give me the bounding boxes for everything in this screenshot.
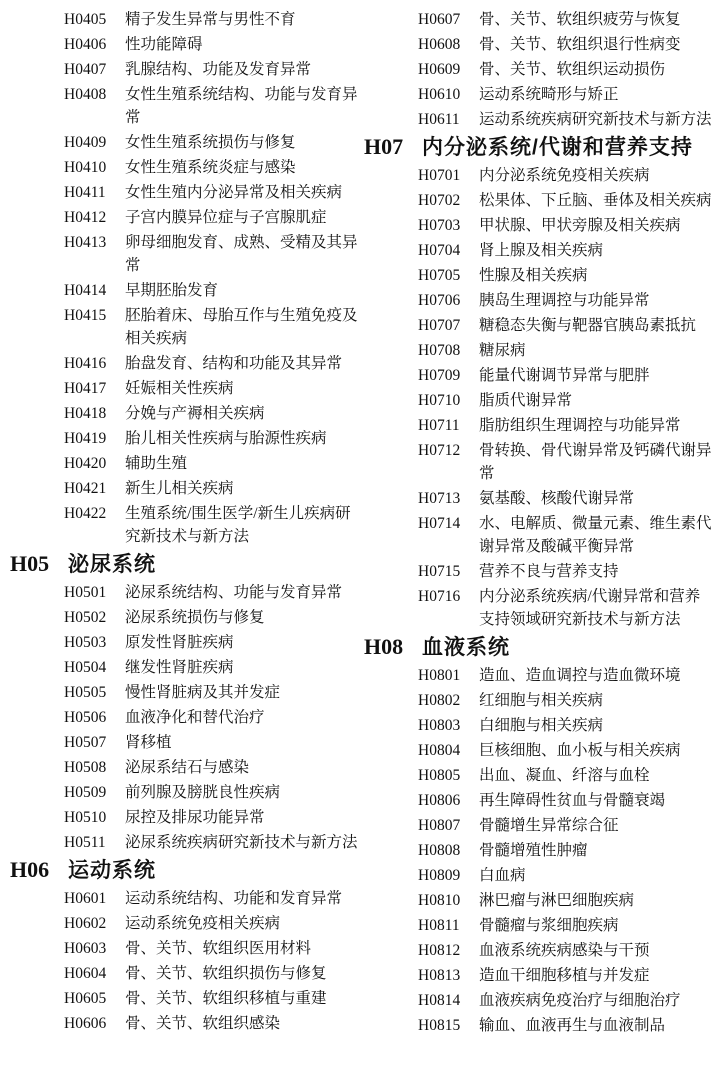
code-entry: H0803白细胞与相关疾病	[418, 714, 716, 737]
code-entry: H0412子宫内膜异位症与子宫腺肌症	[64, 206, 360, 229]
entry-code: H0606	[64, 1012, 125, 1035]
entry-text: 女性生殖系统结构、功能与发育异常	[125, 83, 359, 129]
entry-code: H0805	[418, 764, 479, 787]
entry-text: 肾移植	[125, 731, 359, 754]
entry-code: H0414	[64, 279, 125, 302]
code-entry: H0508泌尿系结石与感染	[64, 756, 360, 779]
entry-code: H0409	[64, 131, 125, 154]
entry-text: 血液净化和替代治疗	[125, 706, 359, 729]
entry-code: H0701	[418, 164, 479, 187]
code-entry: H0405精子发生异常与男性不育	[64, 8, 360, 31]
entry-code: H0704	[418, 239, 479, 262]
entry-text: 血液系统疾病感染与干预	[479, 939, 713, 962]
entry-text: 再生障碍性贫血与骨髓衰竭	[479, 789, 713, 812]
code-entry: H0809白血病	[418, 864, 716, 887]
entry-code: H0503	[64, 631, 125, 654]
section-header: H06运动系统	[10, 856, 360, 885]
entry-text: 能量代谢调节异常与肥胖	[479, 364, 713, 387]
entry-text: 血液疾病免疫治疗与细胞治疗	[479, 989, 713, 1012]
code-entry: H0714水、电解质、微量元素、维生素代谢异常及酸碱平衡异常	[418, 512, 716, 558]
entry-code: H0415	[64, 304, 125, 350]
entry-code: H0413	[64, 231, 125, 277]
code-entry: H0603骨、关节、软组织医用材料	[64, 937, 360, 960]
entry-text: 骨、关节、软组织运动损伤	[479, 58, 713, 81]
entry-code: H0814	[418, 989, 479, 1012]
code-entry: H0704肾上腺及相关疾病	[418, 239, 716, 262]
entry-text: 骨髓增殖性肿瘤	[479, 839, 713, 862]
entry-text: 造血干细胞移植与并发症	[479, 964, 713, 987]
entry-code: H0602	[64, 912, 125, 935]
entry-code: H0804	[418, 739, 479, 762]
code-entry: H0606骨、关节、软组织感染	[64, 1012, 360, 1035]
section-title: 泌尿系统	[68, 551, 156, 579]
entry-text: 脂质代谢异常	[479, 389, 713, 412]
left-column: H0405精子发生异常与男性不育H0406性功能障碍H0407乳腺结构、功能及发…	[10, 8, 360, 1037]
code-entry: H0815输血、血液再生与血液制品	[418, 1014, 716, 1037]
entry-text: 输血、血液再生与血液制品	[479, 1014, 713, 1037]
right-column: H0607骨、关节、软组织疲劳与恢复H0608骨、关节、软组织退行性病变H060…	[364, 8, 716, 1039]
entry-text: 继发性肾脏疾病	[125, 656, 359, 679]
entry-code: H0507	[64, 731, 125, 754]
entry-code: H0712	[418, 439, 479, 485]
entry-code: H0609	[418, 58, 479, 81]
code-entry: H0421新生儿相关疾病	[64, 477, 360, 500]
entry-text: 慢性肾脏病及其并发症	[125, 681, 359, 704]
code-entry: H0715营养不良与营养支持	[418, 560, 716, 583]
code-entry: H0511泌尿系统疾病研究新技术与新方法	[64, 831, 360, 854]
code-entry: H0808骨髓增殖性肿瘤	[418, 839, 716, 862]
section-code: H05	[10, 550, 68, 578]
code-entry: H0602运动系统免疫相关疾病	[64, 912, 360, 935]
entry-code: H0713	[418, 487, 479, 510]
code-entry: H0422生殖系统/围生医学/新生儿疾病研究新技术与新方法	[64, 502, 360, 548]
entry-code: H0504	[64, 656, 125, 679]
entry-text: 泌尿系统疾病研究新技术与新方法	[125, 831, 359, 854]
code-entry: H0806再生障碍性贫血与骨髓衰竭	[418, 789, 716, 812]
entry-text: 内分泌系统免疫相关疾病	[479, 164, 713, 187]
entry-text: 运动系统畸形与矫正	[479, 83, 713, 106]
entry-code: H0420	[64, 452, 125, 475]
entry-code: H0405	[64, 8, 125, 31]
entry-code: H0813	[418, 964, 479, 987]
code-entry: H0414早期胚胎发育	[64, 279, 360, 302]
entry-text: 糖尿病	[479, 339, 713, 362]
entry-text: 精子发生异常与男性不育	[125, 8, 359, 31]
entry-text: 子宫内膜异位症与子宫腺肌症	[125, 206, 359, 229]
code-entry: H0605骨、关节、软组织移植与重建	[64, 987, 360, 1010]
entry-text: 糖稳态失衡与靶器官胰岛素抵抗	[479, 314, 713, 337]
entry-text: 泌尿系结石与感染	[125, 756, 359, 779]
entry-code: H0815	[418, 1014, 479, 1037]
entry-text: 骨、关节、软组织医用材料	[125, 937, 359, 960]
entry-code: H0416	[64, 352, 125, 375]
code-entry: H0406性功能障碍	[64, 33, 360, 56]
entry-text: 骨转换、骨代谢异常及钙磷代谢异常	[479, 439, 713, 485]
entry-text: 妊娠相关性疾病	[125, 377, 359, 400]
entry-code: H0417	[64, 377, 125, 400]
code-entry: H0502泌尿系统损伤与修复	[64, 606, 360, 629]
entry-text: 骨、关节、软组织退行性病变	[479, 33, 713, 56]
code-entry: H0608骨、关节、软组织退行性病变	[418, 33, 716, 56]
entry-code: H0710	[418, 389, 479, 412]
code-entry: H0814血液疾病免疫治疗与细胞治疗	[418, 989, 716, 1012]
entry-code: H0709	[418, 364, 479, 387]
entry-text: 甲状腺、甲状旁腺及相关疾病	[479, 214, 713, 237]
entry-code: H0407	[64, 58, 125, 81]
entry-text: 运动系统结构、功能和发育异常	[125, 887, 359, 910]
section-code: H07	[364, 133, 422, 161]
code-entry: H0805出血、凝血、纤溶与血栓	[418, 764, 716, 787]
code-entry: H0804巨核细胞、血小板与相关疾病	[418, 739, 716, 762]
entry-text: 运动系统免疫相关疾病	[125, 912, 359, 935]
entry-code: H0604	[64, 962, 125, 985]
code-entry: H0711脂肪组织生理调控与功能异常	[418, 414, 716, 437]
entry-text: 营养不良与营养支持	[479, 560, 713, 583]
entry-code: H0715	[418, 560, 479, 583]
entry-code: H0812	[418, 939, 479, 962]
section-title: 内分泌系统/代谢和营养支持	[422, 134, 693, 162]
code-entry: H0510尿控及排尿功能异常	[64, 806, 360, 829]
code-entry: H0713氨基酸、核酸代谢异常	[418, 487, 716, 510]
entry-text: 氨基酸、核酸代谢异常	[479, 487, 713, 510]
code-entry: H0709能量代谢调节异常与肥胖	[418, 364, 716, 387]
entry-text: 水、电解质、微量元素、维生素代谢异常及酸碱平衡异常	[479, 512, 713, 558]
section-header: H07内分泌系统/代谢和营养支持	[364, 133, 716, 162]
entry-text: 胚胎着床、母胎互作与生殖免疫及相关疾病	[125, 304, 359, 350]
code-entry: H0413卵母细胞发育、成熟、受精及其异常	[64, 231, 360, 277]
entry-text: 脂肪组织生理调控与功能异常	[479, 414, 713, 437]
entry-code: H0601	[64, 887, 125, 910]
entry-code: H0716	[418, 585, 479, 631]
entry-text: 造血、造血调控与造血微环境	[479, 664, 713, 687]
entry-text: 胎盘发育、结构和功能及其异常	[125, 352, 359, 375]
entry-code: H0508	[64, 756, 125, 779]
entry-text: 淋巴瘤与淋巴细胞疾病	[479, 889, 713, 912]
entry-text: 白血病	[479, 864, 713, 887]
entry-text: 尿控及排尿功能异常	[125, 806, 359, 829]
entry-text: 白细胞与相关疾病	[479, 714, 713, 737]
section-header: H05泌尿系统	[10, 550, 360, 579]
entry-code: H0510	[64, 806, 125, 829]
entry-code: H0807	[418, 814, 479, 837]
code-entry: H0716内分泌系统疾病/代谢异常和营养支持领域研究新技术与新方法	[418, 585, 716, 631]
code-entry: H0712骨转换、骨代谢异常及钙磷代谢异常	[418, 439, 716, 485]
entry-code: H0708	[418, 339, 479, 362]
entry-text: 生殖系统/围生医学/新生儿疾病研究新技术与新方法	[125, 502, 359, 548]
entry-text: 新生儿相关疾病	[125, 477, 359, 500]
entry-text: 红细胞与相关疾病	[479, 689, 713, 712]
code-entry: H0419胎儿相关性疾病与胎源性疾病	[64, 427, 360, 450]
code-entry: H0707糖稳态失衡与靶器官胰岛素抵抗	[418, 314, 716, 337]
code-entry: H0503原发性肾脏疾病	[64, 631, 360, 654]
entry-text: 骨、关节、软组织疲劳与恢复	[479, 8, 713, 31]
entry-code: H0803	[418, 714, 479, 737]
entry-text: 泌尿系统损伤与修复	[125, 606, 359, 629]
code-entry: H0708糖尿病	[418, 339, 716, 362]
code-entry: H0702松果体、下丘脑、垂体及相关疾病	[418, 189, 716, 212]
code-entry: H0604骨、关节、软组织损伤与修复	[64, 962, 360, 985]
entry-text: 原发性肾脏疾病	[125, 631, 359, 654]
entry-code: H0608	[418, 33, 479, 56]
code-entry: H0411女性生殖内分泌异常及相关疾病	[64, 181, 360, 204]
entry-text: 骨髓瘤与浆细胞疾病	[479, 914, 713, 937]
entry-code: H0412	[64, 206, 125, 229]
entry-code: H0705	[418, 264, 479, 287]
entry-code: H0419	[64, 427, 125, 450]
entry-text: 辅助生殖	[125, 452, 359, 475]
entry-code: H0501	[64, 581, 125, 604]
entry-text: 肾上腺及相关疾病	[479, 239, 713, 262]
entry-text: 女性生殖内分泌异常及相关疾病	[125, 181, 359, 204]
document-page: H0405精子发生异常与男性不育H0406性功能障碍H0407乳腺结构、功能及发…	[0, 0, 720, 1087]
entry-text: 前列腺及膀胱良性疾病	[125, 781, 359, 804]
entry-code: H0711	[418, 414, 479, 437]
code-entry: H0409女性生殖系统损伤与修复	[64, 131, 360, 154]
code-entry: H0813造血干细胞移植与并发症	[418, 964, 716, 987]
code-entry: H0610运动系统畸形与矫正	[418, 83, 716, 106]
section-code: H08	[364, 633, 422, 661]
code-entry: H0507肾移植	[64, 731, 360, 754]
code-entry: H0408女性生殖系统结构、功能与发育异常	[64, 83, 360, 129]
entry-text: 巨核细胞、血小板与相关疾病	[479, 739, 713, 762]
entry-text: 骨髓增生异常综合征	[479, 814, 713, 837]
entry-code: H0406	[64, 33, 125, 56]
code-entry: H0420辅助生殖	[64, 452, 360, 475]
entry-text: 泌尿系统结构、功能与发育异常	[125, 581, 359, 604]
code-entry: H0701内分泌系统免疫相关疾病	[418, 164, 716, 187]
code-entry: H0811骨髓瘤与浆细胞疾病	[418, 914, 716, 937]
entry-code: H0802	[418, 689, 479, 712]
code-entry: H0509前列腺及膀胱良性疾病	[64, 781, 360, 804]
code-entry: H0705性腺及相关疾病	[418, 264, 716, 287]
entry-text: 卵母细胞发育、成熟、受精及其异常	[125, 231, 359, 277]
code-entry: H0407乳腺结构、功能及发育异常	[64, 58, 360, 81]
code-entry: H0810淋巴瘤与淋巴细胞疾病	[418, 889, 716, 912]
entry-code: H0422	[64, 502, 125, 548]
entry-code: H0607	[418, 8, 479, 31]
entry-text: 松果体、下丘脑、垂体及相关疾病	[479, 189, 713, 212]
code-entry: H0504继发性肾脏疾病	[64, 656, 360, 679]
entry-text: 性腺及相关疾病	[479, 264, 713, 287]
entry-text: 女性生殖系统炎症与感染	[125, 156, 359, 179]
code-entry: H0415胚胎着床、母胎互作与生殖免疫及相关疾病	[64, 304, 360, 350]
entry-code: H0703	[418, 214, 479, 237]
entry-code: H0801	[418, 664, 479, 687]
section-title: 血液系统	[422, 634, 510, 662]
entry-code: H0410	[64, 156, 125, 179]
entry-code: H0610	[418, 83, 479, 106]
entry-text: 胰岛生理调控与功能异常	[479, 289, 713, 312]
entry-code: H0611	[418, 108, 479, 131]
entry-code: H0808	[418, 839, 479, 862]
code-entry: H0607骨、关节、软组织疲劳与恢复	[418, 8, 716, 31]
section-code: H06	[10, 856, 68, 884]
entry-code: H0408	[64, 83, 125, 129]
section-title: 运动系统	[68, 857, 156, 885]
code-entry: H0710脂质代谢异常	[418, 389, 716, 412]
code-entry: H0802红细胞与相关疾病	[418, 689, 716, 712]
entry-code: H0421	[64, 477, 125, 500]
code-entry: H0410女性生殖系统炎症与感染	[64, 156, 360, 179]
code-entry: H0416胎盘发育、结构和功能及其异常	[64, 352, 360, 375]
entry-code: H0502	[64, 606, 125, 629]
entry-code: H0603	[64, 937, 125, 960]
entry-code: H0506	[64, 706, 125, 729]
entry-code: H0411	[64, 181, 125, 204]
code-entry: H0601运动系统结构、功能和发育异常	[64, 887, 360, 910]
code-entry: H0706胰岛生理调控与功能异常	[418, 289, 716, 312]
section-header: H08血液系统	[364, 633, 716, 662]
entry-text: 乳腺结构、功能及发育异常	[125, 58, 359, 81]
entry-code: H0809	[418, 864, 479, 887]
code-entry: H0609骨、关节、软组织运动损伤	[418, 58, 716, 81]
entry-text: 早期胚胎发育	[125, 279, 359, 302]
entry-code: H0511	[64, 831, 125, 854]
code-entry: H0418分娩与产褥相关疾病	[64, 402, 360, 425]
entry-text: 分娩与产褥相关疾病	[125, 402, 359, 425]
code-entry: H0417妊娠相关性疾病	[64, 377, 360, 400]
code-entry: H0703甲状腺、甲状旁腺及相关疾病	[418, 214, 716, 237]
entry-code: H0707	[418, 314, 479, 337]
entry-text: 出血、凝血、纤溶与血栓	[479, 764, 713, 787]
code-entry: H0505慢性肾脏病及其并发症	[64, 681, 360, 704]
entry-code: H0714	[418, 512, 479, 558]
entry-text: 女性生殖系统损伤与修复	[125, 131, 359, 154]
entry-code: H0810	[418, 889, 479, 912]
code-entry: H0812血液系统疾病感染与干预	[418, 939, 716, 962]
entry-text: 骨、关节、软组织感染	[125, 1012, 359, 1035]
entry-code: H0605	[64, 987, 125, 1010]
entry-text: 骨、关节、软组织损伤与修复	[125, 962, 359, 985]
code-entry: H0801造血、造血调控与造血微环境	[418, 664, 716, 687]
entry-code: H0706	[418, 289, 479, 312]
entry-code: H0509	[64, 781, 125, 804]
entry-code: H0702	[418, 189, 479, 212]
code-entry: H0807骨髓增生异常综合征	[418, 814, 716, 837]
entry-code: H0418	[64, 402, 125, 425]
code-entry: H0611运动系统疾病研究新技术与新方法	[418, 108, 716, 131]
code-entry: H0501泌尿系统结构、功能与发育异常	[64, 581, 360, 604]
entry-code: H0505	[64, 681, 125, 704]
entry-text: 胎儿相关性疾病与胎源性疾病	[125, 427, 359, 450]
code-entry: H0506血液净化和替代治疗	[64, 706, 360, 729]
entry-text: 内分泌系统疾病/代谢异常和营养支持领域研究新技术与新方法	[479, 585, 713, 631]
entry-text: 运动系统疾病研究新技术与新方法	[479, 108, 713, 131]
entry-code: H0811	[418, 914, 479, 937]
entry-text: 骨、关节、软组织移植与重建	[125, 987, 359, 1010]
entry-code: H0806	[418, 789, 479, 812]
entry-text: 性功能障碍	[125, 33, 359, 56]
